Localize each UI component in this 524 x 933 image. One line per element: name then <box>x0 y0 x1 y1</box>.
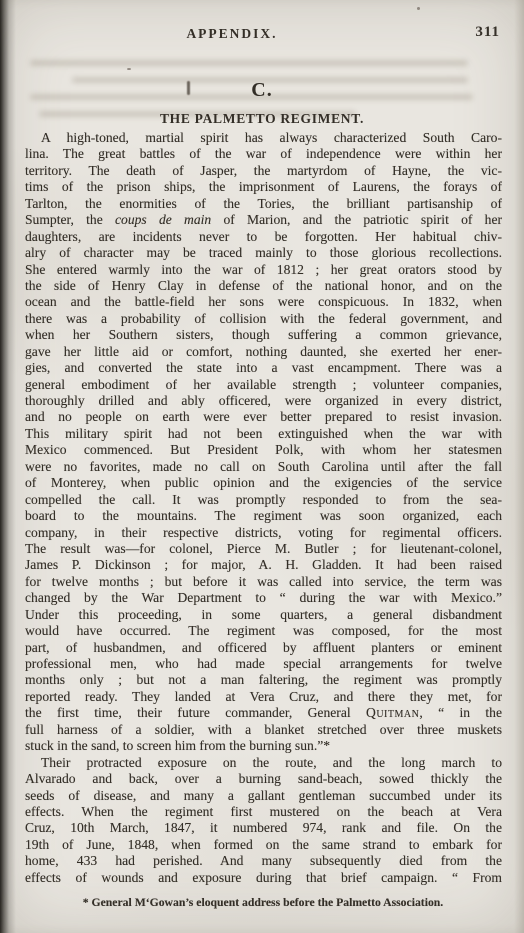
text-line: and no people on earth were ever better … <box>25 409 502 425</box>
text-line: seeds of disease, and many a gallant gen… <box>25 788 502 804</box>
page-edge-shadow-left <box>0 0 16 933</box>
text-line: A high-toned, martial spirit has always … <box>25 130 502 146</box>
text-line: The result was—for colonel, Pierce M. Bu… <box>25 541 502 557</box>
text-line: gies, and converted the state into a vas… <box>25 360 502 376</box>
text-line: gave her little aid or comfort, nothing … <box>25 344 502 360</box>
scanned-book-page: APPENDIX. 311 C. THE PALMETTO REGIMENT. … <box>0 0 524 933</box>
ghost-text-row <box>30 60 468 66</box>
scan-speck <box>417 7 420 10</box>
text-line: territory. The death of Jasper, the mart… <box>25 163 502 179</box>
text-line: the first time, their future commander, … <box>25 705 502 721</box>
text-line: there was a probability of collision wit… <box>25 311 502 327</box>
page-number: 311 <box>475 24 500 41</box>
scan-speck <box>127 68 131 70</box>
text-line: of Monterey, when public opinion and the… <box>25 475 502 491</box>
paragraph-1: A high-toned, martial spirit has always … <box>25 130 502 755</box>
text-line: were no favorites, made no call on South… <box>25 459 502 475</box>
text-line: 19th of June, 1848, when formed on the s… <box>25 837 502 853</box>
running-title: APPENDIX. <box>0 26 494 42</box>
page-edge-shadow-right <box>514 0 524 933</box>
text-line: tims of the prison ships, the imprisonme… <box>25 179 502 195</box>
text-line: home, 433 had perished. And many subsequ… <box>25 853 502 869</box>
text-line: Mexico commenced. But President Polk, wi… <box>25 442 502 458</box>
text-line: when her Southern sisters, though suffer… <box>25 327 502 343</box>
text-line: stuck in the sand, to screen him from th… <box>25 738 502 754</box>
text-line: part, of husbandmen, and officered by af… <box>25 640 502 656</box>
text-line: effects of wounds and exposure during th… <box>25 870 502 886</box>
text-line: lina. The great battles of the war of in… <box>25 146 502 162</box>
text-line: changed by the War Department to “ durin… <box>25 590 502 606</box>
italic-text: coups de main <box>115 212 211 227</box>
footnote: * General M‘Gowan’s eloquent address bef… <box>30 896 496 909</box>
text-line: Sumpter, the coups de main of Marion, an… <box>25 212 502 228</box>
text-line: thoroughly drilled and ably officered, w… <box>25 393 502 409</box>
text-line: effects. When the regiment first mustere… <box>25 804 502 820</box>
text-line: Under this proceeding, in some quarters,… <box>25 607 502 623</box>
text-line: company, in their respective districts, … <box>25 525 502 541</box>
section-letter: C. <box>0 79 524 102</box>
text-line: professional men, who had made special a… <box>25 656 502 672</box>
body-text: A high-toned, martial spirit has always … <box>25 130 502 886</box>
text-line: Tarlton, the enormities of the Tories, t… <box>25 196 502 212</box>
text-line: board to the mountains. The regiment was… <box>25 508 502 524</box>
text-line: general embodiment of her available stre… <box>25 377 502 393</box>
text-line: ocean and the battle-field her sons were… <box>25 294 502 310</box>
text-line: alry of character may be traced mainly t… <box>25 245 502 261</box>
text-line: Alvarado and back, over a burning sand-b… <box>25 771 502 787</box>
text-line: daughters, are incidents never to be for… <box>25 229 502 245</box>
text-line: James P. Dickinson ; for major, A. H. Gl… <box>25 557 502 573</box>
text-line: compelled the call. It was promptly resp… <box>25 492 502 508</box>
smallcaps-text: Quitman <box>366 705 419 720</box>
text-line: for twelve months ; but before it was ca… <box>25 574 502 590</box>
text-line: Their protracted exposure on the route, … <box>25 755 502 771</box>
text-line: would have occurred. The regiment was co… <box>25 623 502 639</box>
text-line: full harness of a soldier, with a blanke… <box>25 722 502 738</box>
text-line: She entered warmly into the war of 1812 … <box>25 262 502 278</box>
text-line: This military spirit had not been exting… <box>25 426 502 442</box>
section-title: THE PALMETTO REGIMENT. <box>0 111 524 127</box>
text-line: reported ready. They landed at Vera Cruz… <box>25 689 502 705</box>
text-line: Cruz, 10th March, 1847, it numbered 974,… <box>25 820 502 836</box>
text-line: months only ; but not a man faltering, t… <box>25 672 502 688</box>
text-line: the side of Henry Clay in defense of the… <box>25 278 502 294</box>
paragraph-2: Their protracted exposure on the route, … <box>25 755 502 887</box>
